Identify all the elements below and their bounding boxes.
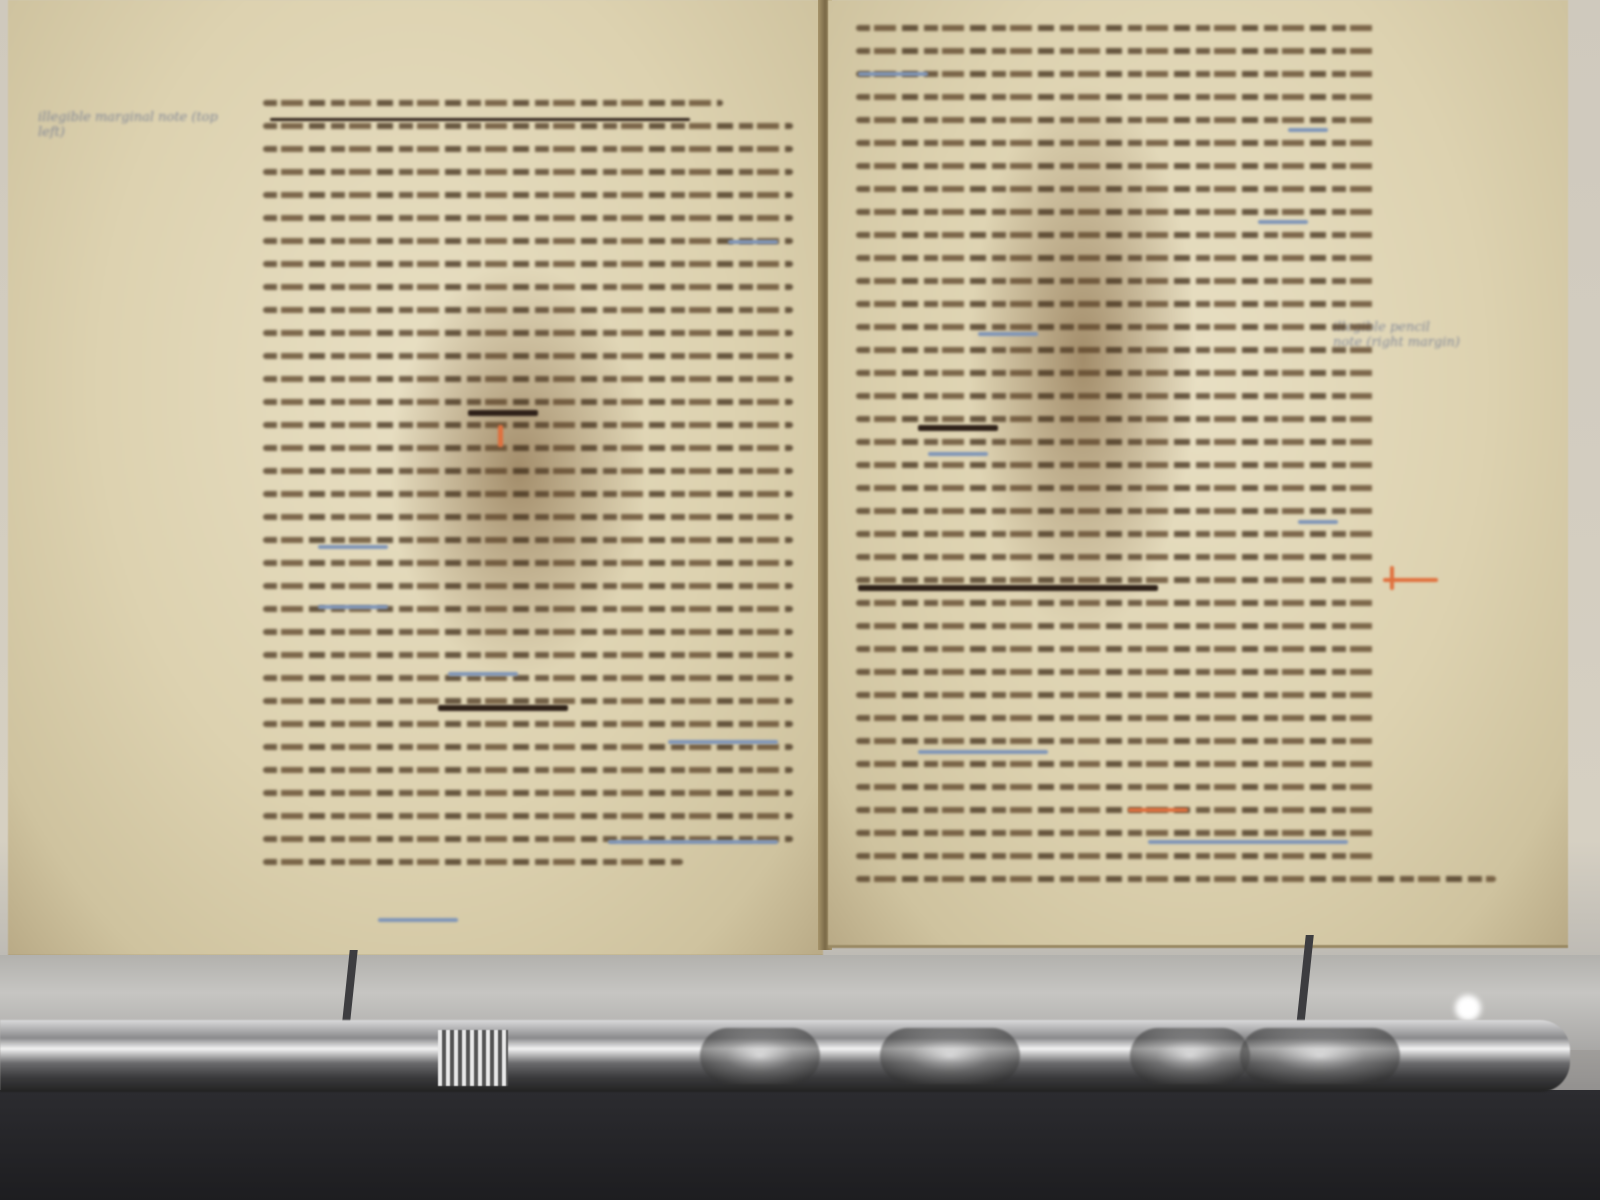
blue-pencil-mark: [318, 545, 388, 549]
pointer-ornament: [880, 1028, 1020, 1084]
blue-pencil-mark: [668, 740, 778, 744]
left-margin-note: illegible marginal note (top left): [38, 110, 218, 140]
blue-pencil-mark: [448, 672, 518, 676]
blue-pencil-mark: [978, 332, 1038, 336]
light-reflection: [1455, 995, 1481, 1021]
blue-pencil-mark: [318, 605, 388, 609]
blue-pencil-mark: [1288, 128, 1328, 132]
left-page-text: [263, 100, 793, 882]
ink-strike: [438, 705, 568, 711]
pointer-ornament: [700, 1028, 820, 1084]
pointer-ornament: [1240, 1028, 1400, 1084]
blue-pencil-mark: [918, 750, 1048, 754]
blue-pencil-mark: [608, 840, 778, 844]
ink-strike: [468, 410, 538, 416]
blue-pencil-mark: [1148, 840, 1348, 844]
ink-strike: [858, 585, 1158, 591]
orange-pencil-mark: [498, 425, 503, 447]
blue-pencil-mark: [728, 240, 778, 244]
manuscript-left-page: illegible marginal note (top left): [8, 0, 823, 958]
blue-pencil-mark: [1298, 520, 1338, 524]
right-page-text: [856, 25, 1376, 899]
blue-pencil-mark: [858, 72, 928, 76]
heading-underline: [270, 118, 690, 121]
orange-pencil-mark: [1128, 808, 1188, 812]
manuscript-right-page: illegible pencil note (right margin): [828, 0, 1568, 948]
display-base: [0, 1090, 1600, 1200]
blue-pencil-mark: [928, 452, 988, 456]
blue-pencil-mark: [1258, 220, 1308, 224]
orange-pencil-mark: [1390, 566, 1394, 590]
pointer-ribbed-band: [438, 1030, 508, 1086]
pointer-ornament: [1130, 1028, 1250, 1084]
blue-pencil-mark: [378, 918, 458, 922]
ink-strike: [918, 425, 998, 431]
photo-scene: illegible marginal note (top left) illeg…: [0, 0, 1600, 1200]
